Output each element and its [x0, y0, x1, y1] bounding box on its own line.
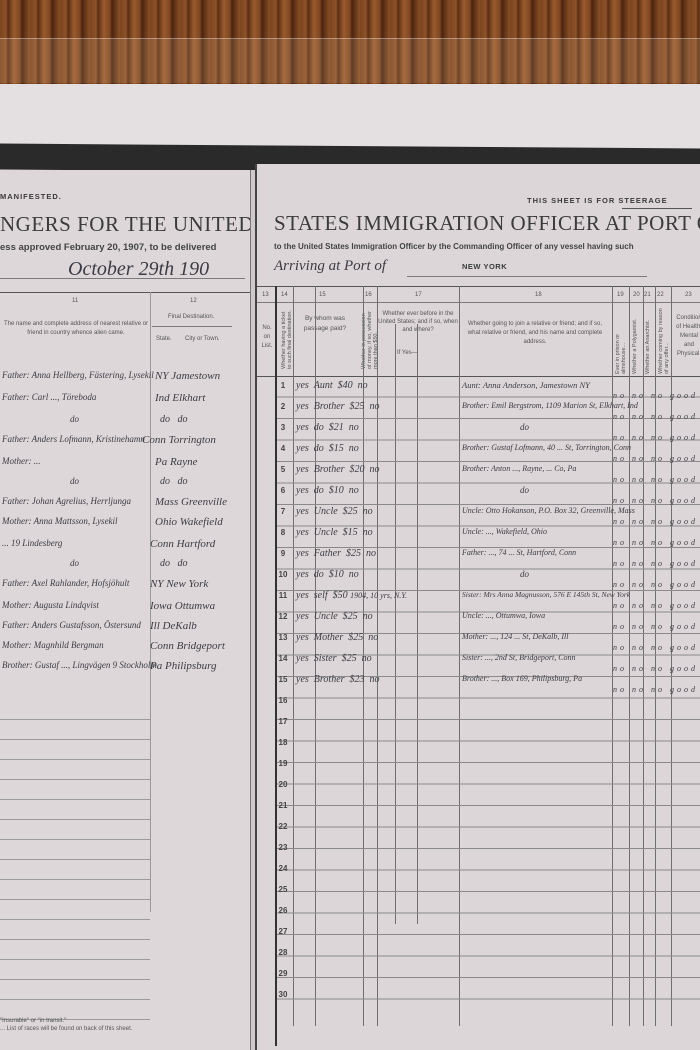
- relative-entry: do: [70, 414, 79, 424]
- joining-entry: Brother: Gustaf Lofmann, 40 ... St, Torr…: [462, 443, 631, 452]
- table-row: yes do $21 no: [296, 422, 359, 433]
- destination-entry: Ohio Wakefield: [155, 516, 223, 528]
- table-row: yes Uncle $25 no: [296, 506, 373, 517]
- relative-entry: do: [70, 476, 79, 486]
- row-number: 20: [274, 780, 292, 789]
- row-number: 22: [274, 822, 292, 831]
- table-row: yes do $15 no: [296, 443, 359, 454]
- joining-entry: do: [520, 485, 529, 495]
- table-row: yes Uncle $15 no: [296, 527, 373, 538]
- row-number: 26: [274, 906, 292, 915]
- row-number: 3: [274, 423, 292, 432]
- check-values: no no no good: [613, 664, 698, 673]
- relative-entry: Father: Anna Hellberg, Fästering, Lyseki…: [2, 370, 154, 380]
- col-22-header: Whether coming by reason of any offer...: [658, 304, 670, 374]
- row-number: 5: [274, 465, 292, 474]
- destination-entry: Pa Rayne: [155, 456, 197, 468]
- destination-entry: Ill DeKalb: [150, 620, 197, 632]
- row-number: 13: [274, 633, 292, 642]
- check-values: no no no good: [613, 433, 698, 442]
- col-12-number: 12: [190, 298, 197, 304]
- row-number: 2: [274, 402, 292, 411]
- joining-entry: Father: ..., 74 ... St, Hartford, Conn: [462, 548, 576, 557]
- left-subtitle: ess approved February 20, 1907, to be de…: [0, 242, 217, 253]
- destination-entry: Conn Hartford: [150, 538, 215, 550]
- footnote-1: "Insurable" or "in transit.": [0, 1018, 66, 1024]
- relative-entry: Mother: Anna Mattsson, Lysekil: [2, 516, 118, 526]
- relative-entry: Mother: Magnhild Bergman: [2, 640, 104, 650]
- destination-entry: NY Jamestown: [155, 370, 220, 382]
- header-rule: [257, 286, 700, 287]
- relative-entry: do: [70, 558, 79, 568]
- row-number: 11: [274, 591, 292, 600]
- row-number: 9: [274, 549, 292, 558]
- col-13-number: 13: [262, 292, 269, 298]
- table-row: yes Brother $20 no: [296, 464, 380, 475]
- relative-entry: Father: Axel Rahlander, Hofsjöhult: [2, 578, 129, 588]
- joining-entry: Uncle: ..., Ottumwa, Iowa: [462, 611, 545, 620]
- row-number: 24: [274, 864, 292, 873]
- table-row: yes Aunt $40 no: [296, 380, 368, 391]
- joining-entry: Sister: ..., 2nd St, Bridgeport, Conn: [462, 653, 576, 662]
- joining-entry: Sister: Mrs Anna Magnusson, 576 E 145th …: [462, 590, 630, 599]
- left-manifest-sheet: MANIFESTED. NGERS FOR THE UNITED ess app…: [0, 170, 250, 1050]
- destination-entry: Iowa Ottumwa: [150, 600, 215, 612]
- col-21-number: 21: [644, 292, 651, 298]
- check-values: no no no good: [613, 580, 698, 589]
- check-values: no no no good: [613, 601, 698, 610]
- col-17-if-yes: If Yes—: [397, 350, 418, 356]
- table-row: yes do $10 no: [296, 485, 359, 496]
- col-23-number: 23: [685, 292, 692, 298]
- relative-entry: Father: Carl ..., Töreboda: [2, 392, 96, 402]
- col-17-number: 17: [415, 292, 422, 298]
- relative-entry: Father: Johan Agrelius, Herrljunga: [2, 496, 131, 506]
- row-number: 15: [274, 675, 292, 684]
- joining-entry: Uncle: ..., Wakefield, Ohio: [462, 527, 547, 536]
- row-number: 21: [274, 801, 292, 810]
- table-row: yes Sister $25 no: [296, 653, 372, 664]
- row-number: 28: [274, 948, 292, 957]
- col-12-city: City or Town.: [185, 336, 220, 342]
- destination-entry: do do: [160, 476, 188, 487]
- destination-entry: Pa Philipsburg: [150, 660, 217, 672]
- plastic-sleeve-edge: [0, 38, 700, 83]
- row-number: 14: [274, 654, 292, 663]
- row-number: 16: [274, 696, 292, 705]
- table-row: yes self $50 1904, 10 yrs, N.Y.: [296, 590, 407, 601]
- table-row: yes Father $25 no: [296, 548, 376, 559]
- destination-entry: do do: [160, 414, 188, 425]
- table-row: yes Brother $23 no: [296, 674, 380, 685]
- col-number-rule: [257, 302, 700, 303]
- check-values: no no no good: [613, 475, 698, 484]
- date-underline: [0, 278, 245, 279]
- header-rule: [0, 292, 250, 293]
- col-19-header: Ever in prison or almshouse...: [615, 304, 627, 374]
- col-17-header: Whether ever before in the United States…: [377, 310, 459, 334]
- port-underline: [407, 276, 647, 277]
- col-15-number: 15: [319, 292, 326, 298]
- row-number: 18: [274, 738, 292, 747]
- joining-entry: Mother: ..., 124 ... St, DeKalb, Ill: [462, 632, 568, 641]
- relative-entry: Mother: Augusta Lindqvist: [2, 600, 99, 610]
- table-row: yes do $10 no: [296, 569, 359, 580]
- steerage-note: THIS SHEET IS FOR STEERAGE: [527, 196, 668, 205]
- destination-entry: NY New York: [150, 578, 208, 590]
- row-number: 12: [274, 612, 292, 621]
- joining-entry: Brother: Emil Bergstrom, 1109 Marion St,…: [462, 401, 638, 410]
- check-values: no no no good: [613, 622, 698, 631]
- relative-entry: ... 19 Lindesberg: [2, 538, 62, 548]
- col-20-number: 20: [633, 292, 640, 298]
- table-row: yes Uncle $25 no: [296, 611, 373, 622]
- relative-entry: Father: Anders Gustafsson, Östersund: [2, 620, 141, 630]
- relative-entry: Father: Anders Lofmann, Kristinehamn: [2, 434, 145, 444]
- destination-entry: Conn Bridgeport: [150, 640, 225, 652]
- row-number: 6: [274, 486, 292, 495]
- row-number: 23: [274, 843, 292, 852]
- row-number: 1: [274, 381, 292, 390]
- col-11-header: The name and complete address of nearest…: [2, 320, 150, 338]
- joining-entry: do: [520, 422, 529, 432]
- manifested-label: MANIFESTED.: [0, 192, 62, 201]
- col-14-number: 14: [281, 292, 288, 298]
- destination-entry: Mass Greenville: [155, 496, 227, 508]
- left-title: NGERS FOR THE UNITED: [0, 212, 254, 237]
- check-values: no no no good: [613, 643, 698, 652]
- row-number: 7: [274, 507, 292, 516]
- check-values: no no no good: [613, 496, 698, 505]
- right-title: STATES IMMIGRATION OFFICER AT PORT OF A: [274, 211, 700, 236]
- col-20-header: Whether a Polygamist.: [632, 304, 638, 374]
- empty-rows-left: [0, 700, 150, 1030]
- port-value: NEW YORK: [462, 262, 507, 271]
- row-number: 27: [274, 927, 292, 936]
- arriving-label: Arriving at Port of: [274, 258, 386, 275]
- col-12-header: Final Destination.: [168, 314, 214, 320]
- col-23-header: Condition of Health, Mental and Physical…: [675, 314, 700, 359]
- joining-entry: Aunt: Anna Anderson, Jamestown NY: [462, 380, 590, 390]
- relative-entry: Brother: Gustaf ..., Lingvägen 9 Stockho…: [2, 660, 157, 670]
- destination-entry: Ind Elkhart: [155, 392, 205, 404]
- col-16-number: 16: [365, 292, 372, 298]
- footnote-2: ... List of races will be found on back …: [0, 1026, 132, 1032]
- row-number: 17: [274, 717, 292, 726]
- table-row: yes Brother $25 no: [296, 401, 380, 412]
- row-number: 29: [274, 969, 292, 978]
- row-number: 4: [274, 444, 292, 453]
- right-subtitle: to the United States Immigration Officer…: [274, 242, 634, 251]
- col-12-rule: [152, 326, 232, 327]
- joining-entry: Brother: Anton ..., Rayne, ... Co, Pa: [462, 464, 576, 473]
- row-number: 19: [274, 759, 292, 768]
- check-values: no no no good: [613, 517, 698, 526]
- col-18-number: 18: [535, 292, 542, 298]
- col-18-header: Whether going to join a relative or frie…: [465, 320, 605, 347]
- check-values: no no no good: [613, 685, 698, 694]
- check-values: no no no good: [613, 391, 698, 400]
- row-number: 10: [274, 570, 292, 579]
- col-19-number: 19: [617, 292, 624, 298]
- col-14-header: Whether having a ticket to such final de…: [281, 309, 293, 369]
- col-22-number: 22: [657, 292, 664, 298]
- row-number: 30: [274, 990, 292, 999]
- table-row: yes Mother $25 no: [296, 632, 378, 643]
- destination-entry: Conn Torrington: [142, 434, 216, 446]
- relative-entry: Mother: ...: [2, 456, 41, 466]
- joining-entry: Uncle: Otto Hokanson, P.O. Box 32, Green…: [462, 506, 635, 515]
- col-11-number: 11: [72, 298, 78, 304]
- check-values: no no no good: [613, 559, 698, 568]
- destination-entry: do do: [160, 558, 188, 569]
- check-values: no no no good: [613, 538, 698, 547]
- row-number: 8: [274, 528, 292, 537]
- col-12-state: State.: [156, 336, 172, 342]
- joining-entry: do: [520, 569, 529, 579]
- check-values: no no no good: [613, 454, 698, 463]
- row-number: 25: [274, 885, 292, 894]
- col-15-header: By whom was passage paid?: [297, 314, 353, 334]
- steerage-underline: [622, 208, 692, 209]
- check-values: no no no good: [613, 412, 698, 421]
- col-21-header: Whether an Anarchist.: [645, 304, 651, 374]
- col-13-header: No. on List.: [259, 324, 275, 351]
- joining-entry: Brother: ..., Box 169, Philipsburg, Pa: [462, 674, 582, 683]
